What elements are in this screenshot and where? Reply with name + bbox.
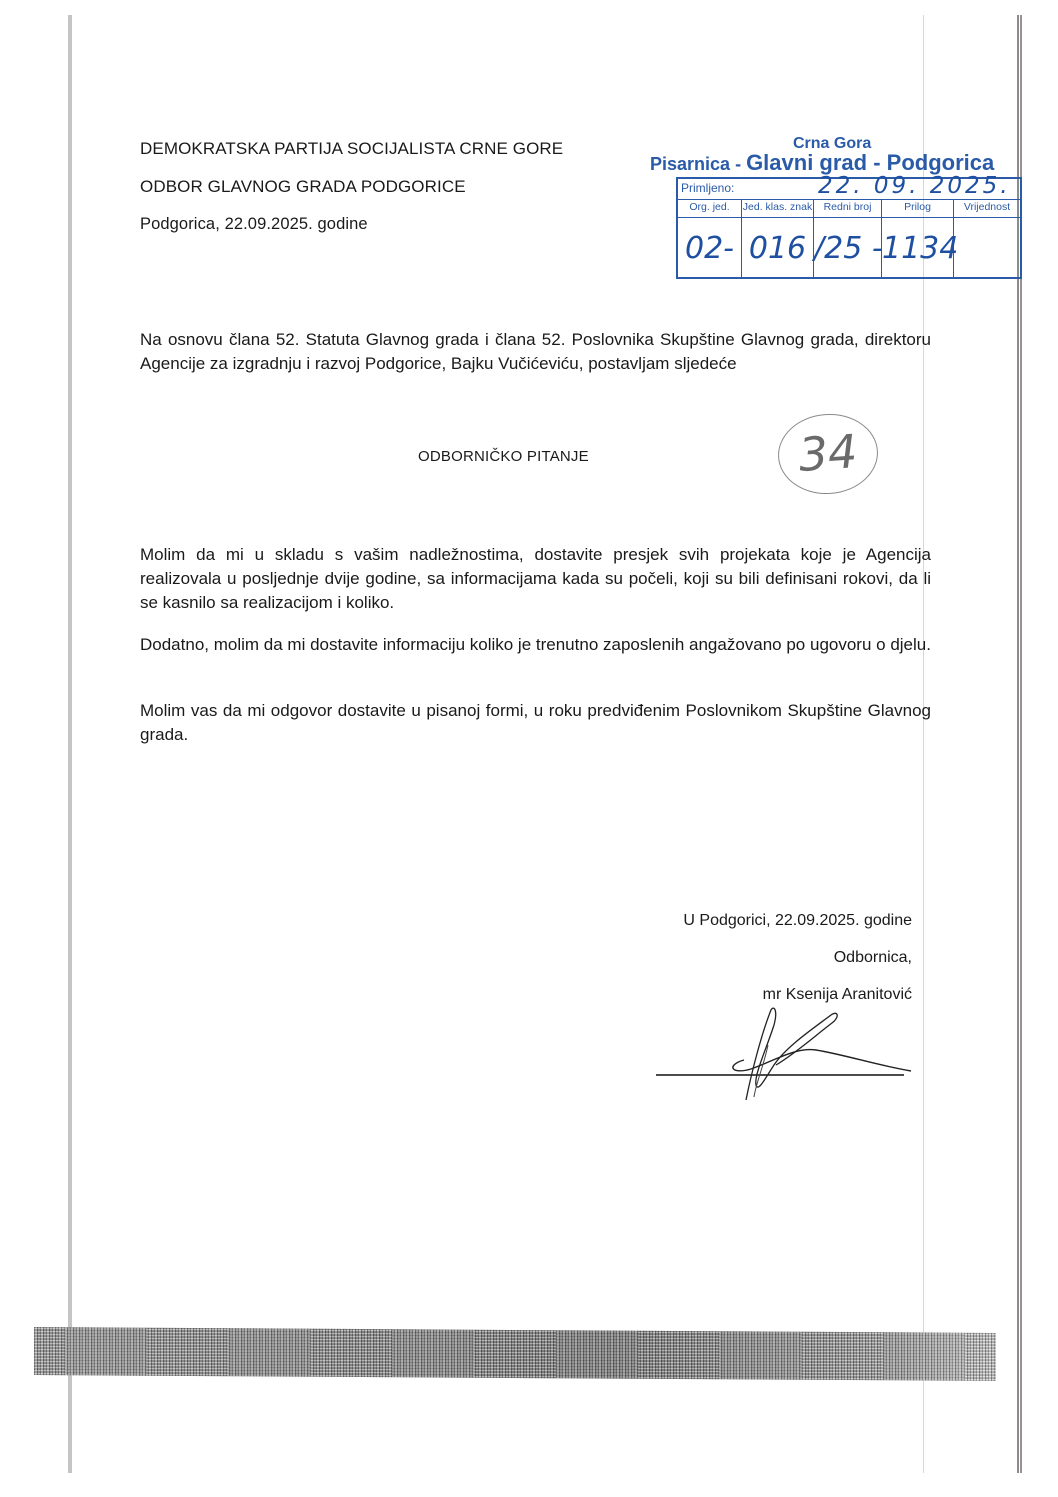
stamp-table: Primljeno: 22. 09. 2025. Org. jed. Jed. … <box>676 177 1022 279</box>
stamp-header-attachment: Prilog <box>882 199 954 217</box>
stamp-column-headers: Org. jed. Jed. klas. znak Redni broj Pri… <box>678 199 1020 218</box>
stamp-value-org-unit: 02- <box>678 217 742 277</box>
stamp-value-serial-number: /25 - <box>814 217 882 277</box>
question-paragraph-1: Molim da mi u skladu s vašim nadležnosti… <box>140 543 931 615</box>
stamp-received-date: 22. 09. 2025. <box>818 173 1011 199</box>
closing-role: Odbornica, <box>834 949 912 967</box>
handwritten-signature <box>656 1005 916 1105</box>
signatory-name: mr Ksenija Aranitović <box>763 986 912 1004</box>
stamp-header-class-mark: Jed. klas. znak <box>742 199 814 217</box>
registry-stamp: Crna Gora Pisarnica - Glavni grad - Podg… <box>648 130 1024 280</box>
stamp-value-value <box>954 217 1020 277</box>
intro-paragraph: Na osnovu člana 52. Statuta Glavnog grad… <box>140 328 931 376</box>
scanner-noise-band <box>34 1327 996 1381</box>
stamp-header-org-unit: Org. jed. <box>678 199 742 217</box>
stamp-column-values: 02- 016 /25 - 1134 <box>678 217 1020 277</box>
scan-edge-left <box>68 15 72 1473</box>
header-place-date: Podgorica, 22.09.2025. godine <box>140 215 368 234</box>
closing-place-date: U Podgorici, 22.09.2025. godine <box>683 912 912 930</box>
stamp-value-class-mark: 016 <box>742 217 814 277</box>
stamp-value-attachment: 1134 <box>882 217 954 277</box>
stamp-header-serial-number: Redni broj <box>814 199 882 217</box>
stamp-office-name: Glavni grad - Podgorica <box>746 150 994 175</box>
committee-name: ODBOR GLAVNOG GRADA PODGORICE <box>140 177 466 197</box>
organization-name: DEMOKRATSKA PARTIJA SOCIJALISTA CRNE GOR… <box>140 139 563 159</box>
question-paragraph-2: Dodatno, molim da mi dostavite informaci… <box>140 633 931 657</box>
stamp-received-row: Primljeno: 22. 09. 2025. <box>678 179 1020 200</box>
handwritten-page-number: 34 <box>775 411 880 498</box>
document-title: ODBORNIČKO PITANJE <box>418 448 589 465</box>
stamp-header-value: Vrijednost <box>954 199 1020 217</box>
question-paragraph-3: Molim vas da mi odgovor dostavite u pisa… <box>140 699 931 747</box>
stamp-office-separator: - <box>730 154 746 174</box>
stamp-received-label: Primljeno: <box>681 181 734 195</box>
stamp-office-prefix: Pisarnica <box>650 154 730 174</box>
